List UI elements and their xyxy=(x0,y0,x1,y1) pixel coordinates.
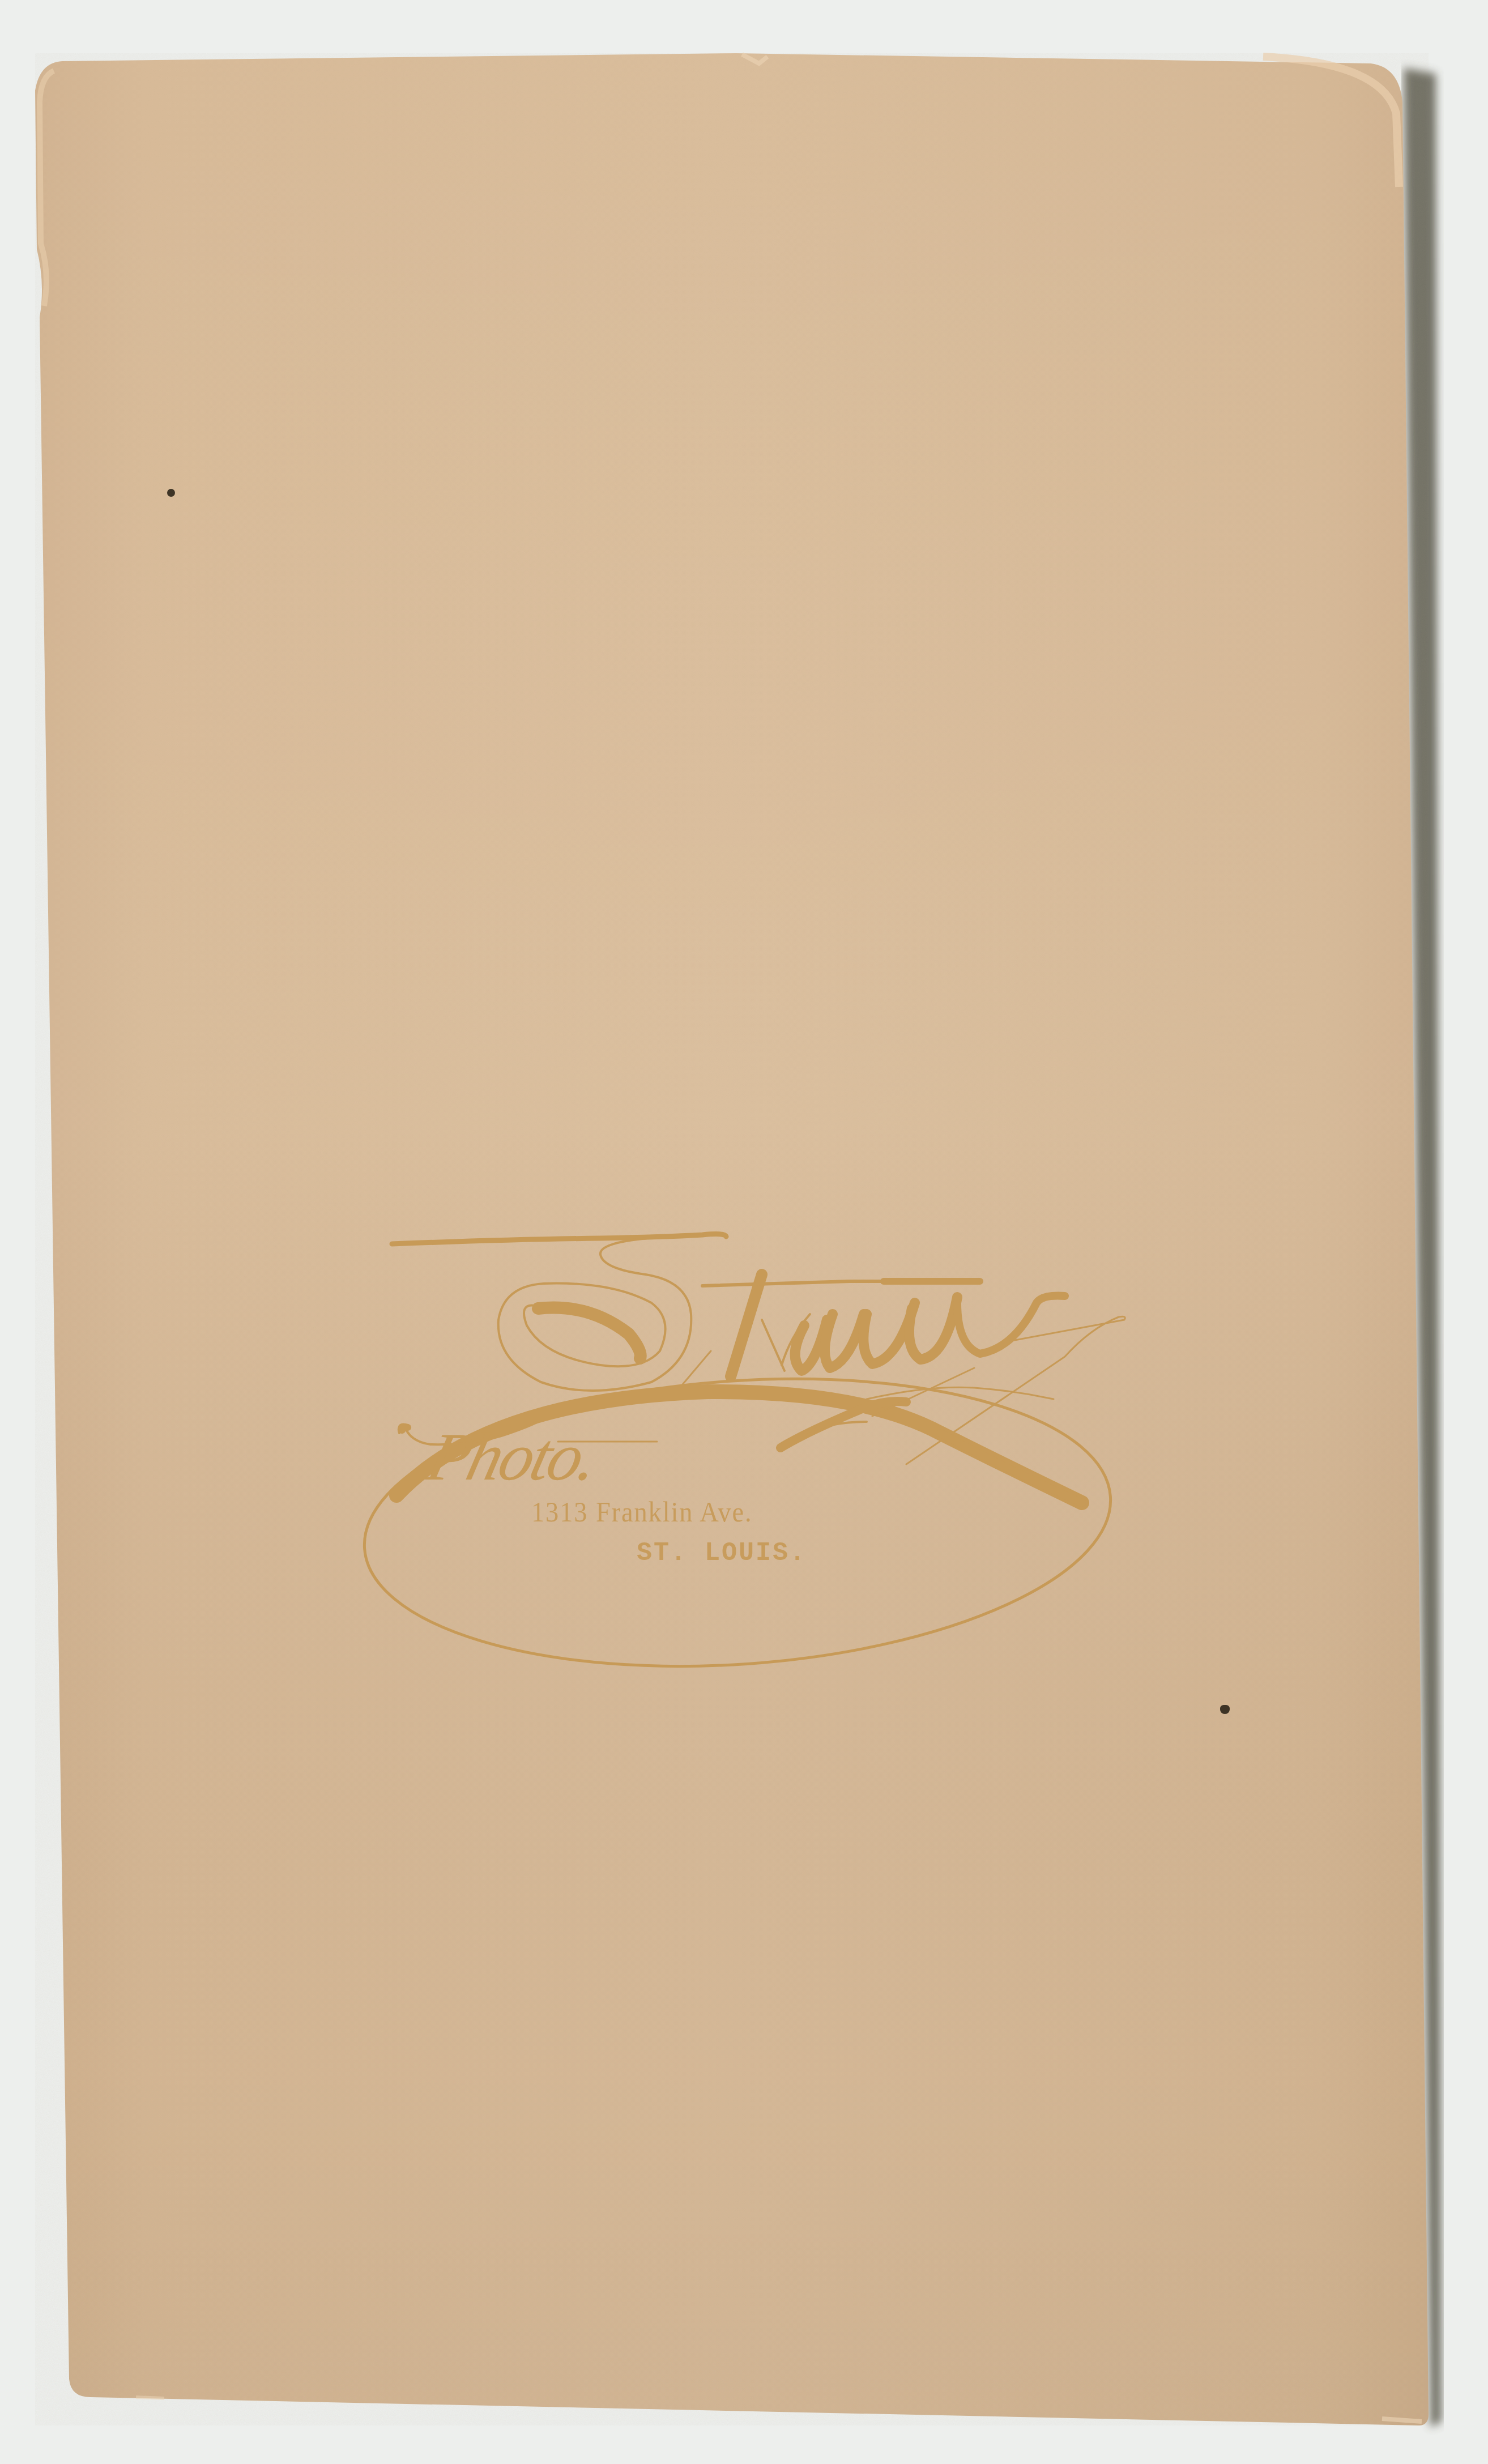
address-city: ST. LOUIS. xyxy=(637,1538,807,1568)
address-street: 1313 Franklin Ave. xyxy=(531,1495,752,1528)
photo-word: Photo. xyxy=(420,1419,605,1495)
t-stem xyxy=(731,1274,762,1376)
studio-imprint: Photo. xyxy=(0,0,1488,2464)
speck-mark xyxy=(1220,1705,1230,1714)
speck-mark xyxy=(167,489,175,497)
